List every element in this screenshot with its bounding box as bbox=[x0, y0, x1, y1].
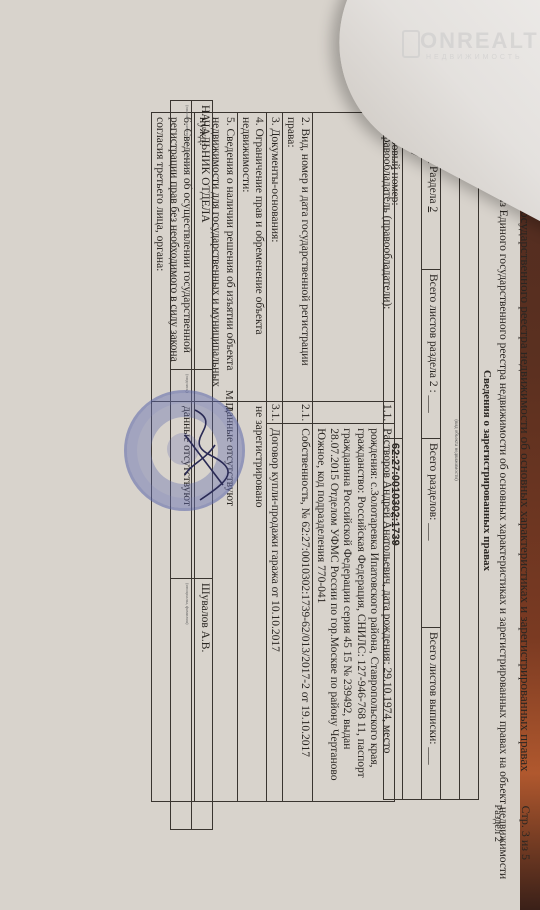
table-row: 1. Правообладатель (правообладатели): 1.… bbox=[312, 113, 394, 802]
row-subnumber: 1.1. bbox=[312, 402, 394, 424]
section-value: 2 bbox=[427, 206, 439, 212]
row-value: Договор купли-продажи гаража от 10.10.20… bbox=[267, 424, 283, 802]
row-label-text: Ограничение прав и обременение объекта н… bbox=[240, 117, 265, 335]
row-label: 1. Правообладатель (правообладатели): bbox=[312, 113, 394, 402]
header-table: Здание (вид объекта недвижимости) Лист №… bbox=[383, 100, 479, 800]
row-subnumber: 2.1. bbox=[283, 402, 312, 424]
section-label: Раздел 2 bbox=[492, 804, 503, 842]
row-subnumber: 3.1. bbox=[267, 402, 283, 424]
position-caption: (полное наименование должности) bbox=[171, 101, 192, 370]
row-label: 2. Вид, номер и дата государственной рег… bbox=[283, 113, 312, 402]
row-label-text: Правообладатель (правообладатели): bbox=[381, 129, 393, 310]
total-sections: Всего разделов: ___ bbox=[422, 439, 441, 628]
signer-position: НАЧАЛЬНИК ОТДЕЛА bbox=[192, 101, 213, 370]
table-row: 3. Документы-основания: 3.1. Договор куп… bbox=[267, 113, 283, 802]
sheets-in-section: Всего листов раздела 2 : ___ bbox=[422, 270, 441, 439]
row-label: 4. Ограничение прав и обременение объект… bbox=[237, 113, 266, 402]
registry-extract-document: …иска из Единого государственного реестр… bbox=[155, 100, 535, 860]
section-word: Раздела bbox=[427, 166, 439, 204]
section-caption: Сведения о зарегистрированных правах bbox=[481, 370, 493, 571]
signer-name: Шувалов А.В. bbox=[192, 579, 213, 830]
object-type-caption: (вид объекта недвижимости) bbox=[441, 101, 460, 800]
row-number: 2. bbox=[299, 117, 311, 126]
total-sheets: Всего листов выписки: ___ bbox=[422, 628, 441, 800]
row-label-text: Вид, номер и дата государственной регист… bbox=[285, 117, 310, 366]
watermark: ONREALT НЕДВИЖИМОСТЬ bbox=[420, 28, 539, 61]
row-value: Собственность, № 62:27:0010302:1739-62/0… bbox=[283, 424, 312, 802]
object-type-cell: Здание bbox=[460, 101, 479, 800]
row-label-text: Документы-основания: bbox=[269, 129, 281, 243]
row-number: 3. bbox=[269, 117, 281, 126]
row-label: 3. Документы-основания: bbox=[267, 113, 283, 402]
row-number: 5. bbox=[224, 117, 236, 126]
watermark-tagline: НЕДВИЖИМОСТЬ bbox=[426, 54, 539, 61]
row-number: 4. bbox=[253, 117, 265, 126]
watermark-brand: ONREALT bbox=[420, 28, 539, 53]
row-value: Растворов Андрей Анатольевич, дата рожде… bbox=[312, 424, 394, 802]
watermark-logo-icon bbox=[402, 30, 420, 58]
table-row: 2. Вид, номер и дата государственной рег… bbox=[283, 113, 312, 802]
page-number: Стр. 3 из 5 bbox=[518, 806, 533, 860]
signature-icon bbox=[175, 405, 235, 505]
document-subtitle: Выписка из Единого государственного реес… bbox=[497, 150, 509, 879]
name-caption: (инициалы, фамилия) bbox=[171, 579, 192, 830]
extract-date: 19.10.2017 bbox=[403, 101, 422, 800]
